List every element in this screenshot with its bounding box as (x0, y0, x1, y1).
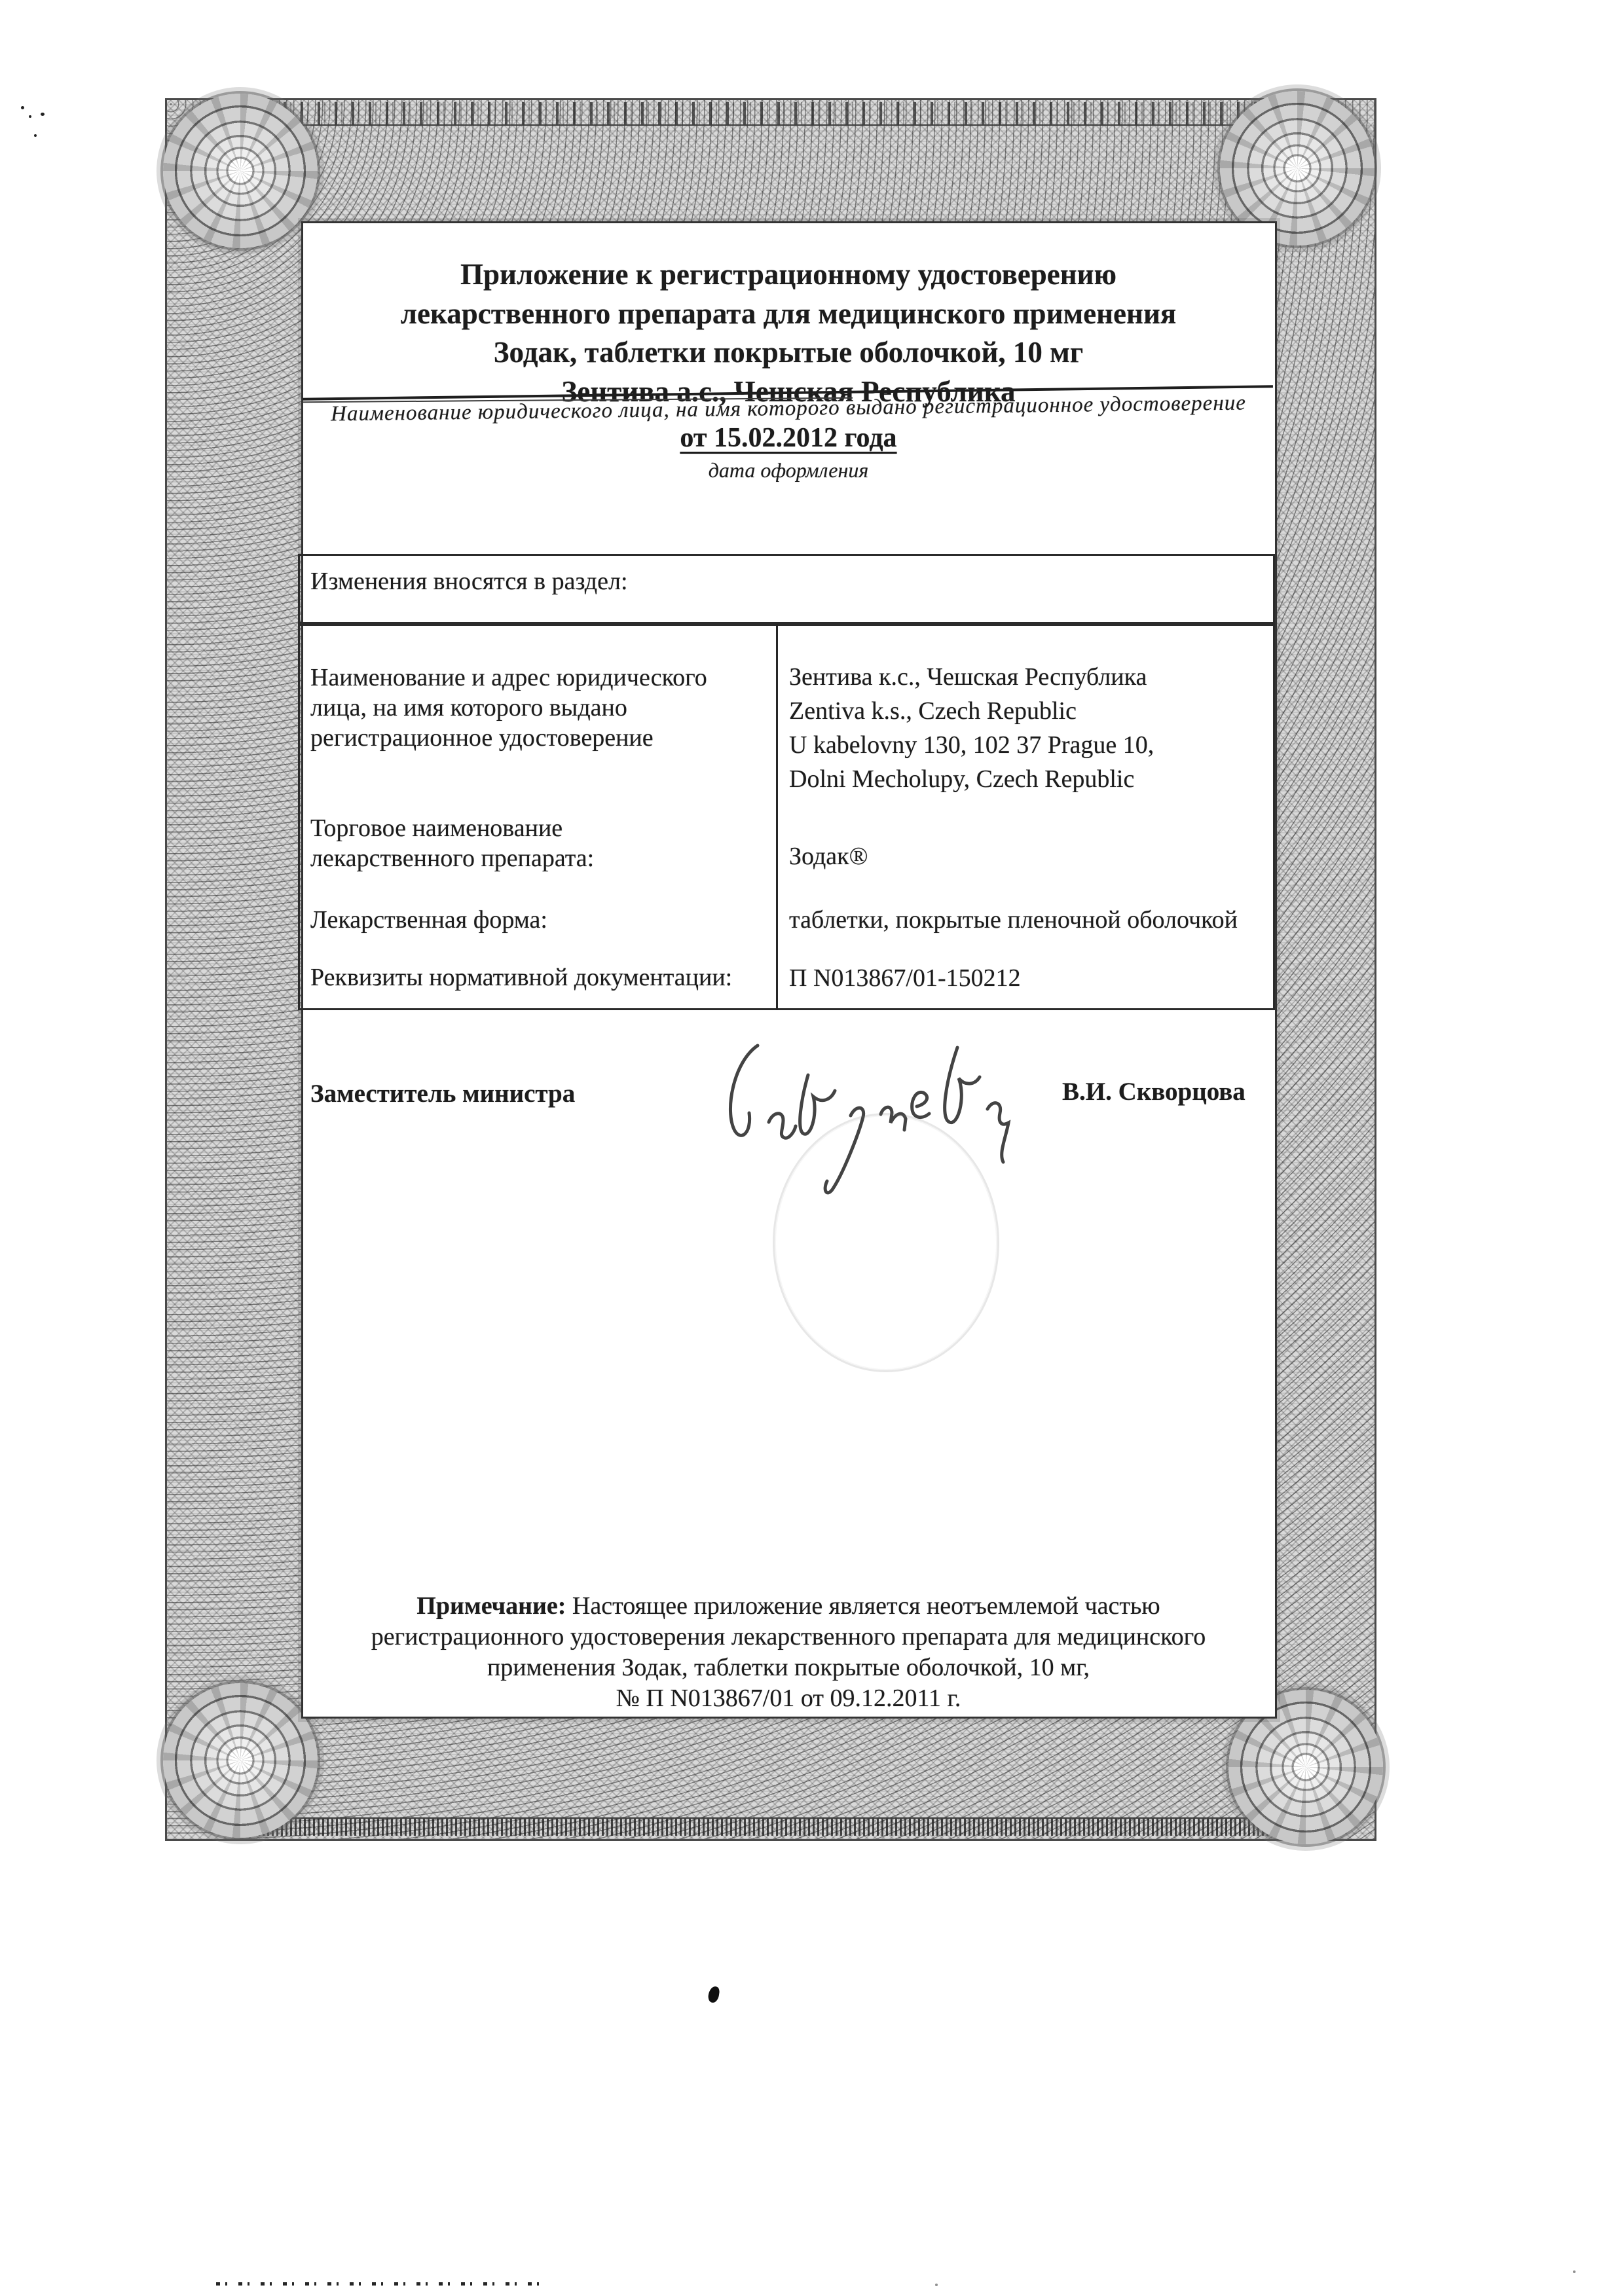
ink-blot-mark (707, 1986, 720, 2003)
rosette-ornament-top-left (163, 94, 318, 248)
date-caption: дата оформления (301, 458, 1276, 483)
rosette-ornament-bottom-left (163, 1683, 318, 1838)
scan-speck (21, 106, 24, 109)
scanned-document-page: Приложение к регистрационному удостовере… (0, 0, 1624, 2296)
faint-round-stamp-imprint (773, 1113, 999, 1372)
table-label-trade-name: Торговое наименование лекарственного пре… (310, 813, 762, 873)
changes-section-label: Изменения вносятся в раздел: (310, 567, 628, 596)
note-label: Примечание: (416, 1592, 566, 1620)
scan-speck (34, 134, 37, 137)
scan-speck (41, 113, 45, 116)
border-finials-top (246, 102, 1296, 126)
table-label-legal-name: Наименование и адрес юридического лица, … (310, 663, 762, 753)
table-value-dosage-form: таблетки, покрытые пленочной оболочкой (789, 903, 1274, 937)
table-column-divider (776, 624, 778, 1010)
scanner-noise-strip (216, 2282, 544, 2286)
scan-speck (29, 115, 31, 118)
note-line-1: Примечание: Настоящее приложение являетс… (301, 1591, 1276, 1622)
table-value-legal-name: Зентива к.с., Чешская Республика Zentiva… (789, 660, 1274, 796)
signatory-name: В.И. Скворцова (1062, 1077, 1246, 1106)
scan-speck (935, 2284, 938, 2286)
table-label-dosage-form: Лекарственная форма: (310, 905, 762, 935)
signatory-role: Заместитель министра (310, 1079, 575, 1108)
document-title-line-3: Зодак, таблетки покрытые оболочкой, 10 м… (301, 333, 1276, 371)
note-line-3: применения Зодак, таблетки покрытые обол… (301, 1652, 1276, 1683)
table-value-normative-docs: П N013867/01-150212 (789, 961, 1274, 995)
note-line-1-text: Настоящее приложение является неотъемлем… (566, 1592, 1160, 1620)
table-value-trade-name: Зодак® (789, 839, 1274, 873)
table-label-normative-docs: Реквизиты нормативной документации: (310, 962, 762, 993)
border-stripe-bottom (226, 1817, 1316, 1836)
document-title-line-1: Приложение к регистрационному удостовере… (301, 255, 1276, 293)
scan-speck (1573, 2270, 1576, 2273)
document-title-line-2: лекарственного препарата для медицинског… (301, 295, 1276, 333)
note-line-4: № П N013867/01 от 09.12.2011 г. (301, 1683, 1276, 1714)
issue-date: от 15.02.2012 года (301, 422, 1276, 454)
note-line-2: регистрационного удостоверения лекарстве… (301, 1622, 1276, 1652)
